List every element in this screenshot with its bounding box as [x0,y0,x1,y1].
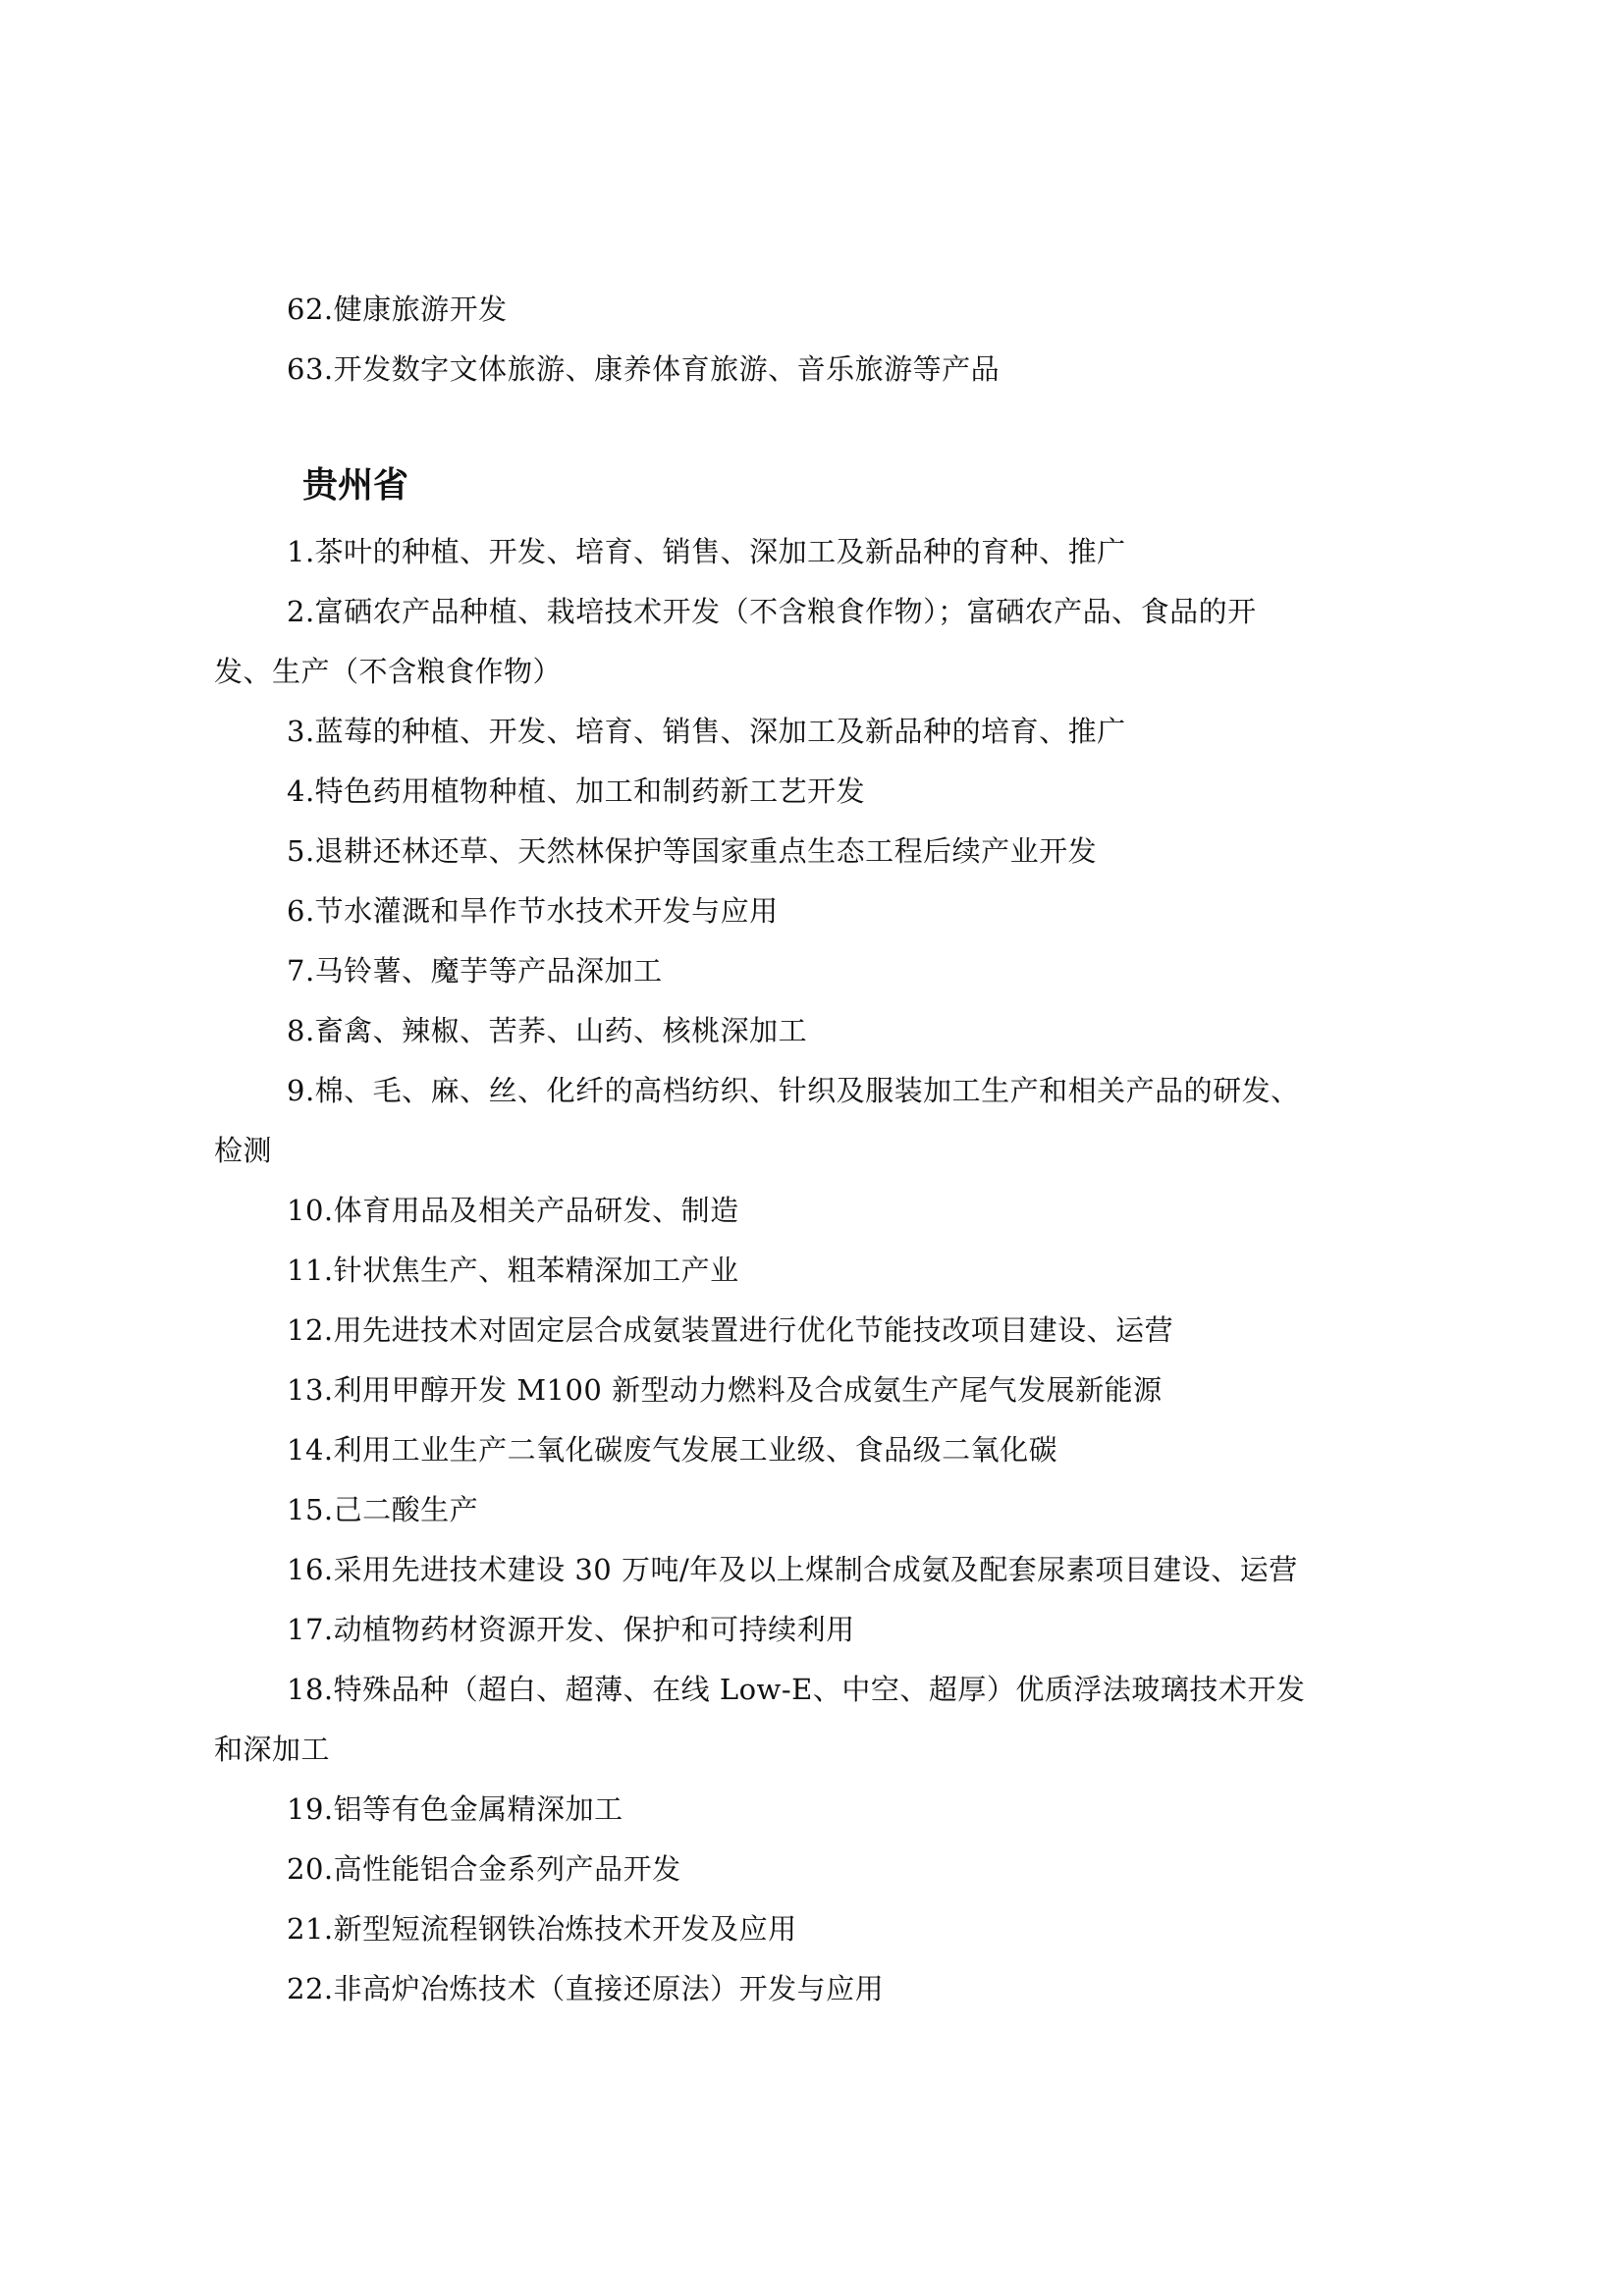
list-item-continuation: 发、生产（不含粮食作物） [214,652,562,691]
list-item: 20.高性能铝合金系列产品开发 [287,1849,681,1889]
list-item: 14.利用工业生产二氧化碳废气发展工业级、食品级二氧化碳 [287,1430,1057,1469]
list-item: 9.棉、毛、麻、丝、化纤的高档纺织、针织及服装加工生产和相关产品的研发、 [287,1071,1300,1110]
list-item: 19.铝等有色金属精深加工 [287,1789,623,1829]
list-item: 2.富硒农产品种植、栽培技术开发（不含粮食作物）；富硒农产品、食品的开 [287,592,1257,631]
list-item-62: 62.健康旅游开发 [287,290,508,329]
list-item: 6.节水灌溉和旱作节水技术开发与应用 [287,891,779,931]
list-item: 22.非高炉冶炼技术（直接还原法）开发与应用 [287,1969,884,2008]
list-item: 3.蓝莓的种植、开发、培育、销售、深加工及新品种的培育、推广 [287,712,1126,751]
list-item: 12.用先进技术对固定层合成氨装置进行优化节能技改项目建设、运营 [287,1310,1173,1350]
list-item: 17.动植物药材资源开发、保护和可持续利用 [287,1610,855,1649]
list-item: 10.体育用品及相关产品研发、制造 [287,1191,739,1230]
list-item: 7.马铃薯、魔芋等产品深加工 [287,951,663,990]
list-item: 1.茶叶的种植、开发、培育、销售、深加工及新品种的育种、推广 [287,532,1126,571]
list-item: 11.针状焦生产、粗苯精深加工产业 [287,1251,739,1290]
section-heading-guizhou: 贵州省 [302,463,408,508]
list-item-continuation: 和深加工 [214,1730,330,1769]
list-item: 21.新型短流程钢铁冶炼技术开发及应用 [287,1909,797,1949]
list-item: 8.畜禽、辣椒、苦荞、山药、核桃深加工 [287,1011,807,1050]
list-item-continuation: 检测 [214,1131,272,1170]
list-item: 18.特殊品种（超白、超薄、在线 Low-E、中空、超厚）优质浮法玻璃技术开发 [287,1670,1305,1709]
document-page: 62.健康旅游开发 63.开发数字文体旅游、康养体育旅游、音乐旅游等产品 贵州省… [0,0,1624,2296]
list-item: 15.己二酸生产 [287,1490,478,1529]
list-item: 4.特色药用植物种植、加工和制药新工艺开发 [287,772,865,811]
list-item: 5.退耕还林还草、天然林保护等国家重点生态工程后续产业开发 [287,831,1097,871]
list-item: 13.利用甲醇开发 M100 新型动力燃料及合成氨生产尾气发展新能源 [287,1370,1163,1410]
list-item: 16.采用先进技术建设 30 万吨/年及以上煤制合成氨及配套尿素项目建设、运营 [287,1550,1298,1589]
list-item-63: 63.开发数字文体旅游、康养体育旅游、音乐旅游等产品 [287,349,1000,389]
